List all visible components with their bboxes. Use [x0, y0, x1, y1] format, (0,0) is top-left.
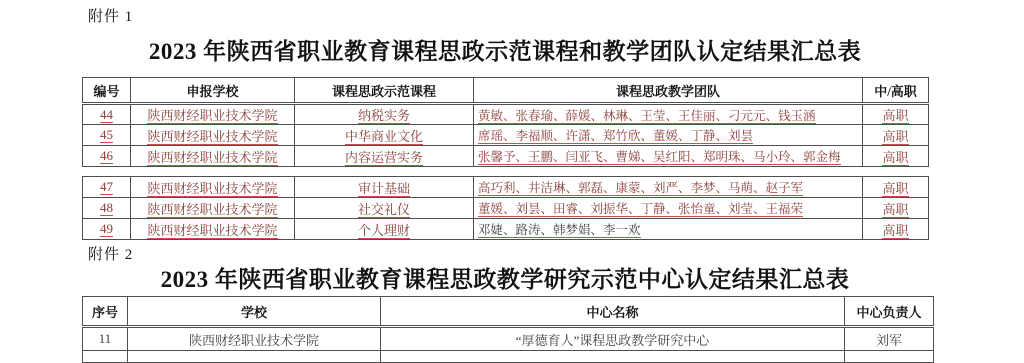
team-cell: 张馨予、王鹏、闫亚飞、曹娣、吴红阳、郑明珠、马小玲、郭金梅	[474, 146, 863, 167]
course-value: 社交礼仪	[358, 202, 410, 218]
level-value: 高职	[882, 150, 908, 166]
team-cell: 董媛、刘昙、田睿、刘振华、丁静、张怡童、刘莹、王福荣	[474, 198, 863, 219]
team-value: 张馨予、王鹏、闫亚飞、曹娣、吴红阳、郑明珠、马小玲、郭金梅	[478, 150, 841, 165]
header-center-leader: 中心负责人	[845, 297, 934, 327]
school-cell: 陕西财经职业技术学院	[131, 146, 295, 167]
serial-cell: 48	[83, 198, 131, 219]
table-row-47: 47 陕西财经职业技术学院 审计基础 高巧利、井洁琳、郭磊、康蒙、刘严、李梦、马…	[83, 177, 929, 198]
header-course: 课程思政示范课程	[295, 78, 474, 104]
table2-header-row: 序号 学校 中心名称 中心负责人	[83, 297, 934, 327]
serial-value: 47	[100, 179, 113, 195]
header-center-name: 中心名称	[381, 297, 845, 327]
school-value: 陕西财经职业技术学院	[147, 129, 277, 145]
table1-header-row: 编号 申报学校 课程思政示范课程 课程思政教学团队 中/高职	[83, 78, 929, 104]
team-value: 高巧利、井洁琳、郭磊、康蒙、刘严、李梦、马萌、赵子军	[478, 181, 803, 196]
serial-cell: 46	[83, 146, 131, 167]
school-cell: 陕西财经职业技术学院	[131, 104, 295, 125]
team-value: 黄敏、张春瑜、薛媛、林琳、王莹、王佳丽、刁元元、钱玉涵	[478, 109, 816, 124]
serial-cell: 49	[83, 219, 131, 240]
level-cell: 高职	[863, 104, 929, 125]
level-cell: 高职	[863, 177, 929, 198]
course-value: 个人理财	[358, 223, 410, 239]
header-school: 申报学校	[131, 78, 295, 104]
course-value: 审计基础	[358, 181, 410, 197]
school-value: 陕西财经职业技术学院	[147, 202, 277, 218]
serial-value: 44	[100, 107, 113, 123]
level-cell: 高职	[863, 198, 929, 219]
school-cell: 陕西财经职业技术学院	[131, 177, 295, 198]
school-cell: 陕西财经职业技术学院	[131, 198, 295, 219]
team-value: 董媛、刘昙、田睿、刘振华、丁静、张怡童、刘莹、王福荣	[478, 202, 803, 217]
table1-block2: 47 陕西财经职业技术学院 审计基础 高巧利、井洁琳、郭磊、康蒙、刘严、李梦、马…	[82, 176, 929, 240]
course-cell: 纳税实务	[295, 104, 474, 125]
course-value: 纳税实务	[358, 108, 410, 124]
school-cell: 陕西财经职业技术学院	[131, 219, 295, 240]
header-school: 学校	[128, 297, 381, 327]
course-cell: 审计基础	[295, 177, 474, 198]
team-cell: 席瑶、李福顺、许潇、郑竹欣、董媛、丁静、刘昙	[474, 125, 863, 146]
school-value: 陕西财经职业技术学院	[147, 108, 277, 124]
table1-title: 2023 年陕西省职业教育课程思政示范课程和教学团队认定结果汇总表	[82, 33, 928, 66]
header-level: 中/高职	[863, 78, 929, 104]
school-value: 陕西财经职业技术学院	[147, 181, 277, 197]
attachment-1-label: 附件 1	[88, 5, 133, 26]
header-team: 课程思政教学团队	[474, 78, 863, 104]
level-value: 高职	[882, 181, 908, 197]
course-value: 中华商业文化	[345, 129, 423, 145]
center-name-cell: “厚德育人”课程思政教学研究中心	[381, 327, 845, 351]
table-row-48: 48 陕西财经职业技术学院 社交礼仪 董媛、刘昙、田睿、刘振华、丁静、张怡童、刘…	[83, 198, 929, 219]
school-cell: 陕西财经职业技术学院	[131, 125, 295, 146]
course-cell: 社交礼仪	[295, 198, 474, 219]
level-cell: 高职	[863, 125, 929, 146]
table-row-11: 11 陕西财经职业技术学院 “厚德育人”课程思政教学研究中心 刘军	[83, 327, 934, 351]
team-value: 邓婕、路涛、韩梦娟、李一欢	[478, 223, 641, 238]
course-cell: 个人理财	[295, 219, 474, 240]
team-cell: 邓婕、路涛、韩梦娟、李一欢	[474, 219, 863, 240]
course-value: 内容运营实务	[345, 150, 423, 166]
school-cell: 陕西财经职业技术学院	[128, 327, 381, 351]
serial-value: 49	[100, 221, 113, 237]
course-cell: 内容运营实务	[295, 146, 474, 167]
table-row-clipped	[83, 351, 934, 363]
serial-value: 46	[100, 148, 113, 164]
school-value: 陕西财经职业技术学院	[147, 223, 277, 239]
table2-title: 2023 年陕西省职业教育课程思政教学研究示范中心认定结果汇总表	[82, 261, 928, 294]
header-serial: 编号	[83, 78, 131, 104]
level-value: 高职	[882, 223, 908, 239]
level-cell: 高职	[863, 146, 929, 167]
table-row-45: 45 陕西财经职业技术学院 中华商业文化 席瑶、李福顺、许潇、郑竹欣、董媛、丁静…	[83, 125, 929, 146]
serial-cell: 44	[83, 104, 131, 125]
serial-value: 45	[100, 127, 113, 143]
level-value: 高职	[882, 202, 908, 218]
serial-cell: 11	[83, 327, 128, 351]
school-value: 陕西财经职业技术学院	[147, 150, 277, 166]
team-cell: 黄敏、张春瑜、薛媛、林琳、王莹、王佳丽、刁元元、钱玉涵	[474, 104, 863, 125]
course-cell: 中华商业文化	[295, 125, 474, 146]
header-serial: 序号	[83, 297, 128, 327]
level-value: 高职	[882, 129, 908, 145]
level-cell: 高职	[863, 219, 929, 240]
table1-block1: 编号 申报学校 课程思政示范课程 课程思政教学团队 中/高职 44 陕西财经职业…	[82, 77, 929, 167]
table-row-49: 49 陕西财经职业技术学院 个人理财 邓婕、路涛、韩梦娟、李一欢 高职	[83, 219, 929, 240]
center-leader-cell: 刘军	[845, 327, 934, 351]
team-value: 席瑶、李福顺、许潇、郑竹欣、董媛、丁静、刘昙	[478, 129, 753, 144]
level-value: 高职	[882, 108, 908, 124]
table2: 序号 学校 中心名称 中心负责人 11 陕西财经职业技术学院 “厚德育人”课程思…	[82, 296, 934, 363]
serial-value: 48	[100, 200, 113, 216]
serial-cell: 45	[83, 125, 131, 146]
team-cell: 高巧利、井洁琳、郭磊、康蒙、刘严、李梦、马萌、赵子军	[474, 177, 863, 198]
table-row-44: 44 陕西财经职业技术学院 纳税实务 黄敏、张春瑜、薛媛、林琳、王莹、王佳丽、刁…	[83, 104, 929, 125]
table-row-46: 46 陕西财经职业技术学院 内容运营实务 张馨予、王鹏、闫亚飞、曹娣、吴红阳、郑…	[83, 146, 929, 167]
serial-cell: 47	[83, 177, 131, 198]
